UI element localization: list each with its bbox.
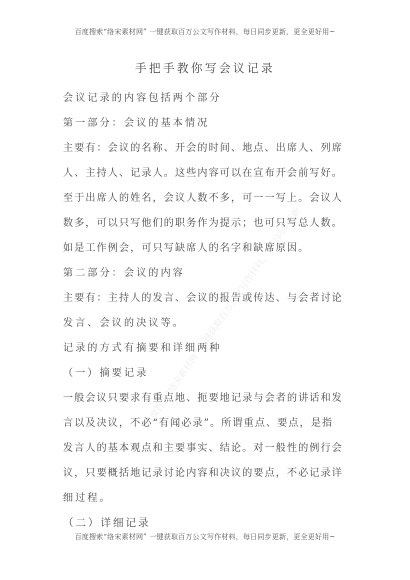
paragraph-line: 细过程。 — [63, 486, 353, 511]
paragraph-line: 如是工作例会，可只写缺席人的名字和缺席原因。 — [63, 236, 353, 261]
paragraph-line: 记录的方式有摘要和详细两种 — [63, 336, 353, 361]
subsection-heading: （一）摘要记录 — [63, 361, 353, 386]
document-body: 会议记录的内容包括两个部分 第一部分：会议的基本情况 主要有：会议的名称、开会的… — [63, 86, 353, 536]
paragraph-line: 发言人的基本观点和主要事实、结论。对一般性的例行会 — [63, 436, 353, 461]
paragraph-line: 发言、会议的决议等。 — [63, 311, 353, 336]
page-footer: 百度搜索“络宋素材网” 一键获取百万公文写作材料，每日同步更新，更全更好用~ — [0, 532, 410, 542]
paragraph-line: 至于出席人的姓名，会议人数不多，可一一写上。会议人 — [63, 186, 353, 211]
section-heading: 第二部分：会议的内容 — [63, 261, 353, 286]
paragraph-line: 数多，可以只写他们的职务作为提示；也可只写总人数。 — [63, 211, 353, 236]
paragraph-line: 议，只要概括地记录讨论内容和决议的要点，不必记录详 — [63, 461, 353, 486]
page-header: 百度搜索“络宋素材网” 一键获取百万公文写作材料，每日同步更新，更全更好用~ — [0, 27, 410, 37]
paragraph-line: 人、主持人、记录人。这些内容可以在宣布开会前写好。 — [63, 161, 353, 186]
document-title: 手把手教你写会议记录 — [0, 60, 410, 76]
paragraph-line: 主要有：会议的名称、开会的时间、地点、出席人、列席 — [63, 136, 353, 161]
section-heading: 第一部分：会议的基本情况 — [63, 111, 353, 136]
paragraph-line: 主要有：主持人的发言、会议的报告或传达、与会者讨论 — [63, 286, 353, 311]
paragraph-line: 一般会议只要求有重点地、扼要地记录与会者的讲话和发 — [63, 386, 353, 411]
paragraph-line: 会议记录的内容包括两个部分 — [63, 86, 353, 111]
paragraph-line: 言以及决议，不必“有闻必录”。所谓重点、要点，是指 — [63, 411, 353, 436]
